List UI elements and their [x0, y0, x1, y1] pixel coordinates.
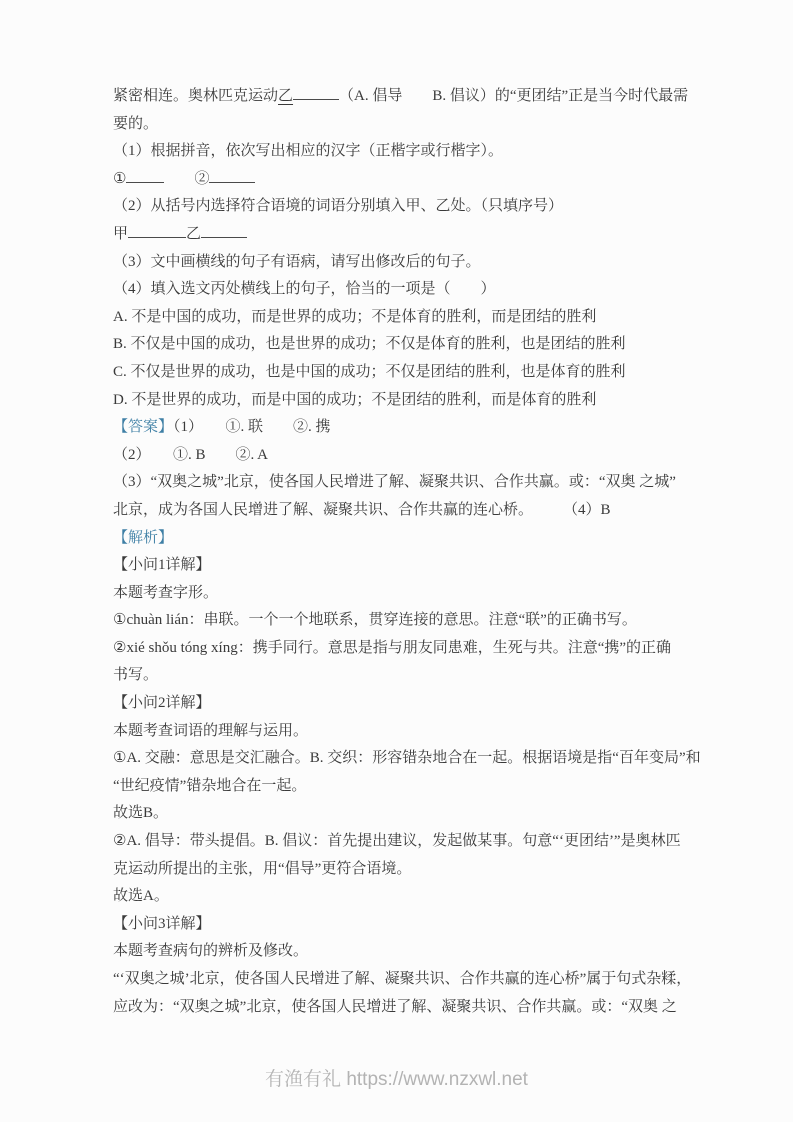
blank-underline: [293, 84, 339, 100]
line-text: （1） ①. 联 ②. 携: [173, 419, 331, 435]
text-line: 本题考查病句的辨析及修改。: [113, 938, 699, 966]
text-line: ① ②: [113, 166, 699, 194]
line-text: 要的。: [113, 116, 158, 132]
text-line: 本题考查字形。: [113, 580, 699, 608]
text-line: 北京，成为各国人民增进了解、凝聚共识、合作共赢的连心桥。 （4）B: [113, 497, 699, 525]
line-text: ②xié shǒu tóng xíng：携手同行。意思是指与朋友同患难，生死与共…: [113, 640, 671, 656]
line-text: ①chuàn lián：串联。一个一个地联系，贯穿连接的意思。注意“联”的正确书…: [113, 612, 637, 628]
line-text: 甲: [113, 226, 128, 242]
text-line: （2）从括号内选择符合语境的词语分别填入甲、乙处。（只填序号）: [113, 193, 699, 221]
line-text: B. 不仅是中国的成功，也是世界的成功；不仅是体育的胜利，也是团结的胜利: [113, 336, 626, 352]
text-line: （2） ①. B ②. A: [113, 442, 699, 470]
footer-watermark: 有渔有礼 https://www.nzxwl.net: [0, 1064, 793, 1091]
line-text: 应改为：“双奥之城”北京，使各国人民增进了解、凝聚共识、合作共赢。或：“双奥 之: [113, 999, 677, 1015]
text-line: 【答案】（1） ①. 联 ②. 携: [113, 414, 699, 442]
line-text: ①A. 交融：意思是交汇融合。B. 交织：形容错杂地合在一起。根据语境是指“百年…: [113, 750, 701, 766]
text-line: 紧密相连。奥林匹克运动乙（A. 倡导 B. 倡议）的“更团结”正是当今时代最需: [113, 83, 699, 111]
text-line: 【小问1详解】: [113, 552, 699, 580]
line-text: C. 不仅是世界的成功，也是中国的成功；不仅是团结的胜利，也是体育的胜利: [113, 364, 626, 380]
line-text: “‘双奥之城’北京，使各国人民增进了解、凝聚共识、合作共赢的连心桥”属于句式杂糅…: [113, 971, 691, 987]
line-text: ①: [113, 171, 126, 187]
text-line: （3）文中画横线的句子有语病，请写出修改后的句子。: [113, 249, 699, 277]
text-line: ①A. 交融：意思是交汇融合。B. 交织：形容错杂地合在一起。根据语境是指“百年…: [113, 745, 699, 773]
text-line: （3）“双奥之城”北京，使各国人民增进了解、凝聚共识、合作共赢。或：“双奥 之城…: [113, 469, 699, 497]
text-line: C. 不仅是世界的成功，也是中国的成功；不仅是团结的胜利，也是体育的胜利: [113, 359, 699, 387]
line-text: （3）“双奥之城”北京，使各国人民增进了解、凝聚共识、合作共赢。或：“双奥 之城…: [113, 474, 676, 490]
text-line: （1）根据拼音，依次写出相应的汉字（正楷字或行楷字）。: [113, 138, 699, 166]
line-text: （2） ①. B ②. A: [113, 447, 268, 463]
line-text: 本题考查病句的辨析及修改。: [113, 943, 308, 959]
text-line: 要的。: [113, 111, 699, 139]
text-line: 【小问2详解】: [113, 690, 699, 718]
line-text: “世纪疫情”错杂地合在一起。: [113, 778, 306, 794]
text-line: 故选A。: [113, 883, 699, 911]
line-text: ②: [164, 171, 209, 187]
text-line: （4）填入选文丙处横线上的句子，恰当的一项是（ ）: [113, 276, 699, 304]
text-line: D. 不是世界的成功，而是中国的成功；不是团结的胜利，而是体育的胜利: [113, 387, 699, 415]
text-line: 【解析】: [113, 525, 699, 553]
text-line: ①chuàn lián：串联。一个一个地联系，贯穿连接的意思。注意“联”的正确书…: [113, 607, 699, 635]
blank-underline: [209, 167, 255, 183]
line-text: 【小问3详解】: [113, 916, 211, 932]
text-line: ②A. 倡导：带头提倡。B. 倡议：首先提出建议，发起做某事。句意“‘更团结’”…: [113, 828, 699, 856]
line-text: （1）根据拼音，依次写出相应的汉字（正楷字或行楷字）。: [113, 143, 503, 159]
text-line: 应改为：“双奥之城”北京，使各国人民增进了解、凝聚共识、合作共赢。或：“双奥 之: [113, 994, 699, 1022]
line-text: 【小问2详解】: [113, 695, 211, 711]
text-line: 故选B。: [113, 800, 699, 828]
text-line: “世纪疫情”错杂地合在一起。: [113, 773, 699, 801]
section-label: 【解析】: [113, 530, 173, 546]
line-text: 故选A。: [113, 888, 169, 904]
text-line: 甲乙: [113, 221, 699, 249]
document-body: 紧密相连。奥林匹克运动乙（A. 倡导 B. 倡议）的“更团结”正是当今时代最需要…: [113, 83, 699, 1021]
line-text: 乙: [186, 226, 201, 242]
line-text: 书写。: [113, 667, 158, 683]
blank-underline: [201, 222, 247, 238]
line-text: 【小问1详解】: [113, 557, 211, 573]
line-text: 克运动所提出的主张，用“倡导”更符合语境。: [113, 861, 411, 877]
line-text: A. 不是中国的成功，而是世界的成功；不是体育的胜利，而是团结的胜利: [113, 309, 596, 325]
line-text: （A. 倡导 B. 倡议）的“更团结”正是当今时代最需: [339, 88, 688, 104]
line-text: 故选B。: [113, 805, 168, 821]
text-line: ②xié shǒu tóng xíng：携手同行。意思是指与朋友同患难，生死与共…: [113, 635, 699, 663]
section-label: 【答案】: [113, 419, 173, 435]
line-text: （4）填入选文丙处横线上的句子，恰当的一项是（ ）: [113, 281, 496, 297]
text-line: “‘双奥之城’北京，使各国人民增进了解、凝聚共识、合作共赢的连心桥”属于句式杂糅…: [113, 966, 699, 994]
line-text: ②A. 倡导：带头提倡。B. 倡议：首先提出建议，发起做某事。句意“‘更团结’”…: [113, 833, 681, 849]
line-text: D. 不是世界的成功，而是中国的成功；不是团结的胜利，而是体育的胜利: [113, 392, 596, 408]
line-text: （3）文中画横线的句子有语病，请写出修改后的句子。: [113, 254, 481, 270]
text-line: 克运动所提出的主张，用“倡导”更符合语境。: [113, 856, 699, 884]
underlined-text: 乙: [278, 88, 293, 104]
line-text: 紧密相连。奥林匹克运动: [113, 88, 278, 104]
text-line: 书写。: [113, 662, 699, 690]
text-line: B. 不仅是中国的成功，也是世界的成功；不仅是体育的胜利，也是团结的胜利: [113, 331, 699, 359]
line-text: （2）从括号内选择符合语境的词语分别填入甲、乙处。（只填序号）: [113, 198, 563, 214]
line-text: 本题考查字形。: [113, 585, 218, 601]
text-line: A. 不是中国的成功，而是世界的成功；不是体育的胜利，而是团结的胜利: [113, 304, 699, 332]
blank-underline: [128, 222, 186, 238]
blank-underline: [126, 167, 164, 183]
text-line: 本题考查词语的理解与运用。: [113, 718, 699, 746]
line-text: 北京，成为各国人民增进了解、凝聚共识、合作共赢的连心桥。 （4）B: [113, 502, 611, 518]
line-text: 本题考查词语的理解与运用。: [113, 723, 308, 739]
text-line: 【小问3详解】: [113, 911, 699, 939]
